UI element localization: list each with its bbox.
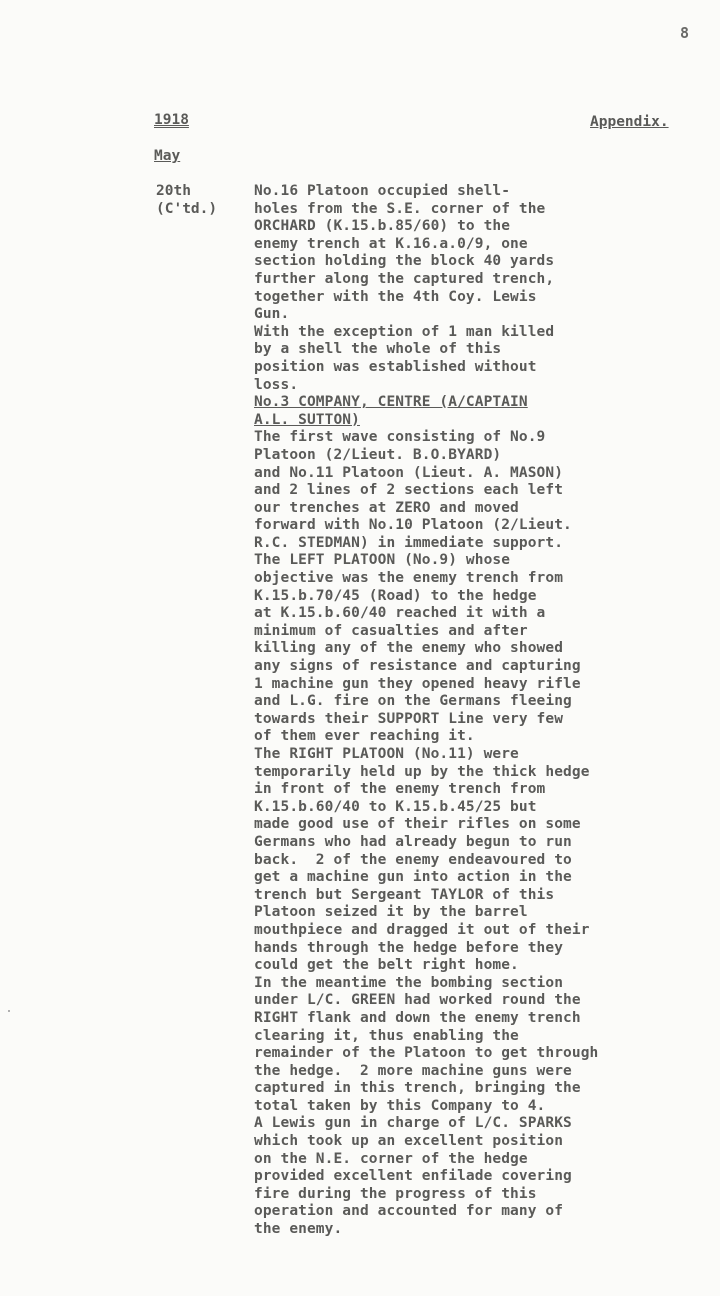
body-line: together with the 4th Coy. Lewis xyxy=(254,289,714,307)
body-line: operation and accounted for many of xyxy=(254,1203,714,1221)
body-line: by a shell the whole of this xyxy=(254,341,714,359)
body-line: could get the belt right home. xyxy=(254,957,714,975)
body-line: fire during the progress of this xyxy=(254,1186,714,1204)
body-line: The LEFT PLATOON (No.9) whose xyxy=(254,552,714,570)
body-line: Gun. xyxy=(254,306,714,324)
body-line: clearing it, thus enabling the xyxy=(254,1028,714,1046)
body-line: In the meantime the bombing section xyxy=(254,975,714,993)
typewritten-page: 8 1918 Appendix. May 20th (C'td.) No.16 … xyxy=(0,0,720,1296)
body-line: objective was the enemy trench from xyxy=(254,570,714,588)
body-line: the enemy. xyxy=(254,1221,714,1239)
body-line: section holding the block 40 yards xyxy=(254,253,714,271)
body-line: 1 machine gun they opened heavy rifle xyxy=(254,676,714,694)
section-heading-line: No.3 COMPANY, CENTRE (A/CAPTAIN xyxy=(254,394,714,412)
body-line: loss. xyxy=(254,377,714,395)
body-line: further along the captured trench, xyxy=(254,271,714,289)
body-line: trench but Sergeant TAYLOR of this xyxy=(254,887,714,905)
body-line: R.C. STEDMAN) in immediate support. xyxy=(254,535,714,553)
body-line: get a machine gun into action in the xyxy=(254,869,714,887)
body-line: of them ever reaching it. xyxy=(254,728,714,746)
body-line: Platoon (2/Lieut. B.O.BYARD) xyxy=(254,447,714,465)
body-line: hands through the hedge before they xyxy=(254,940,714,958)
page-number: 8 xyxy=(680,24,689,42)
body-line: and L.G. fire on the Germans fleeing xyxy=(254,693,714,711)
body-line: position was established without xyxy=(254,359,714,377)
body-line: K.15.b.60/40 to K.15.b.45/25 but xyxy=(254,799,714,817)
body-line: any signs of resistance and capturing xyxy=(254,658,714,676)
body-line: our trenches at ZERO and moved xyxy=(254,500,714,518)
body-line: mouthpiece and dragged it out of their xyxy=(254,922,714,940)
body-line: towards their SUPPORT Line very few xyxy=(254,711,714,729)
body-line: holes from the S.E. corner of the xyxy=(254,201,714,219)
body-line: captured in this trench, bringing the xyxy=(254,1080,714,1098)
body-line: under L/C. GREEN had worked round the xyxy=(254,992,714,1010)
body-line: Platoon seized it by the barrel xyxy=(254,904,714,922)
body-line: the hedge. 2 more machine guns were xyxy=(254,1063,714,1081)
date-day: 20th xyxy=(156,183,217,201)
body-line: provided excellent enfilade covering xyxy=(254,1168,714,1186)
section-heading-line: A.L. SUTTON) xyxy=(254,412,714,430)
body-line: and 2 lines of 2 sections each left xyxy=(254,482,714,500)
date-continued-note: (C'td.) xyxy=(156,201,217,219)
body-line: remainder of the Platoon to get through xyxy=(254,1045,714,1063)
body-line: The first wave consisting of No.9 xyxy=(254,429,714,447)
diary-entry-body: No.16 Platoon occupied shell-holes from … xyxy=(254,183,714,1239)
body-line: ORCHARD (K.15.b.85/60) to the xyxy=(254,218,714,236)
body-line: killing any of the enemy who showed xyxy=(254,640,714,658)
body-line: on the N.E. corner of the hedge xyxy=(254,1151,714,1169)
paper-speck xyxy=(8,1010,10,1012)
month-heading: May xyxy=(154,148,180,164)
body-line: forward with No.10 Platoon (2/Lieut. xyxy=(254,517,714,535)
body-line: No.16 Platoon occupied shell- xyxy=(254,183,714,201)
body-line: With the exception of 1 man killed xyxy=(254,324,714,342)
appendix-label: Appendix. xyxy=(590,114,669,130)
date-column: 20th (C'td.) xyxy=(156,183,217,218)
body-line: The RIGHT PLATOON (No.11) were xyxy=(254,746,714,764)
body-line: RIGHT flank and down the enemy trench xyxy=(254,1010,714,1028)
body-line: enemy trench at K.16.a.0/9, one xyxy=(254,236,714,254)
body-line: made good use of their rifles on some xyxy=(254,816,714,834)
body-line: back. 2 of the enemy endeavoured to xyxy=(254,852,714,870)
body-line: temporarily held up by the thick hedge xyxy=(254,764,714,782)
body-line: in front of the enemy trench from xyxy=(254,781,714,799)
body-line: which took up an excellent position xyxy=(254,1133,714,1151)
body-line: total taken by this Company to 4. xyxy=(254,1098,714,1116)
body-line: A Lewis gun in charge of L/C. SPARKS xyxy=(254,1115,714,1133)
body-line: and No.11 Platoon (Lieut. A. MASON) xyxy=(254,465,714,483)
body-line: Germans who had already begun to run xyxy=(254,834,714,852)
body-line: at K.15.b.60/40 reached it with a xyxy=(254,605,714,623)
year-heading: 1918 xyxy=(154,112,189,128)
body-line: K.15.b.70/45 (Road) to the hedge xyxy=(254,588,714,606)
body-line: minimum of casualties and after xyxy=(254,623,714,641)
